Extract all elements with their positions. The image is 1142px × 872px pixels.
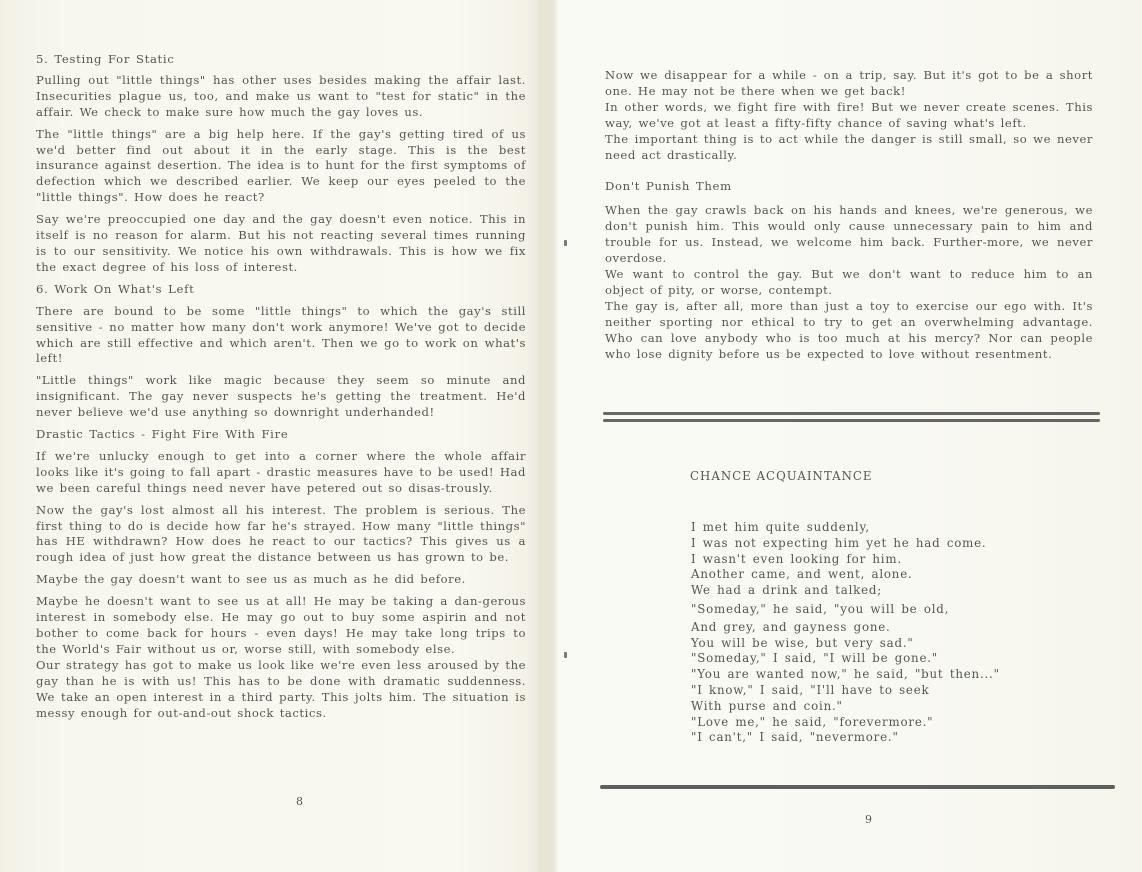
right-page-text: Now we disappear for a while - on a trip… (605, 68, 1093, 362)
left-page-text: 5. Testing For StaticPulling out "little… (36, 52, 526, 727)
paragraph: The important thing is to act while the … (605, 132, 1093, 164)
section-heading: Don't Punish Them (605, 179, 1093, 195)
paragraph: Say we're preoccupied one day and the ga… (36, 212, 526, 276)
binding-mark (564, 240, 567, 246)
poem-line: And grey, and gayness gone. (691, 620, 1000, 636)
section-heading: 5. Testing For Static (36, 52, 526, 68)
poem-line: "I know," I said, "I'll have to seek (691, 683, 1000, 699)
paragraph: Maybe he doesn't want to see us at all! … (36, 594, 526, 658)
poem-line: "Someday," I said, "I will be gone." (691, 651, 1000, 667)
page-number: 9 (865, 813, 872, 826)
paragraph: "Little things" work like magic because … (36, 373, 526, 421)
paragraph: We want to control the gay. But we don't… (605, 267, 1093, 299)
section-heading: 6. Work On What's Left (36, 282, 526, 298)
paragraph: Now the gay's lost almost all his intere… (36, 503, 526, 567)
poem-line: You will be wise, but very sad." (691, 636, 1000, 652)
poem-title: CHANCE ACQUAINTANCE (690, 469, 873, 483)
paragraph: In other words, we fight fire with fire!… (605, 100, 1093, 132)
poem-line: I wasn't even looking for him. (691, 552, 1000, 568)
paragraph: Now we disappear for a while - on a trip… (605, 68, 1093, 100)
poem-line: "Love me," he said, "forevermore." (691, 715, 1000, 731)
poem-line: I was not expecting him yet he had come. (691, 536, 1000, 552)
poem-body: I met him quite suddenly,I was not expec… (691, 520, 1000, 746)
left-page: 5. Testing For StaticPulling out "little… (0, 0, 560, 872)
section-heading: Drastic Tactics - Fight Fire With Fire (36, 427, 526, 443)
poem-line: With purse and coin." (691, 699, 1000, 715)
paragraph: Our strategy has got to make us look lik… (36, 658, 526, 722)
paragraph: If we're unlucky enough to get into a co… (36, 449, 526, 497)
poem-line: We had a drink and talked; (691, 583, 1000, 599)
paragraph: Maybe the gay doesn't want to see us as … (36, 572, 526, 588)
poem-line: "I can't," I said, "nevermore." (691, 730, 1000, 746)
poem-line: "You are wanted now," he said, "but then… (691, 667, 1000, 683)
poem-line: I met him quite suddenly, (691, 520, 1000, 536)
poem-line: "Someday," he said, "you will be old, (691, 602, 1000, 618)
paragraph: There are bound to be some "little thing… (36, 304, 526, 368)
paragraph: The gay is, after all, more than just a … (605, 299, 1093, 363)
double-rule-divider (603, 412, 1100, 422)
page-number: 8 (296, 795, 303, 808)
paragraph: When the gay crawls back on his hands an… (605, 203, 1093, 267)
poem-line: Another came, and went, alone. (691, 567, 1000, 583)
binding-mark (564, 652, 567, 658)
book-spread: 5. Testing For StaticPulling out "little… (0, 0, 1142, 872)
rule-divider (600, 785, 1115, 789)
paragraph: The "little things" are a big help here.… (36, 127, 526, 207)
paragraph: Pulling out "little things" has other us… (36, 73, 526, 121)
